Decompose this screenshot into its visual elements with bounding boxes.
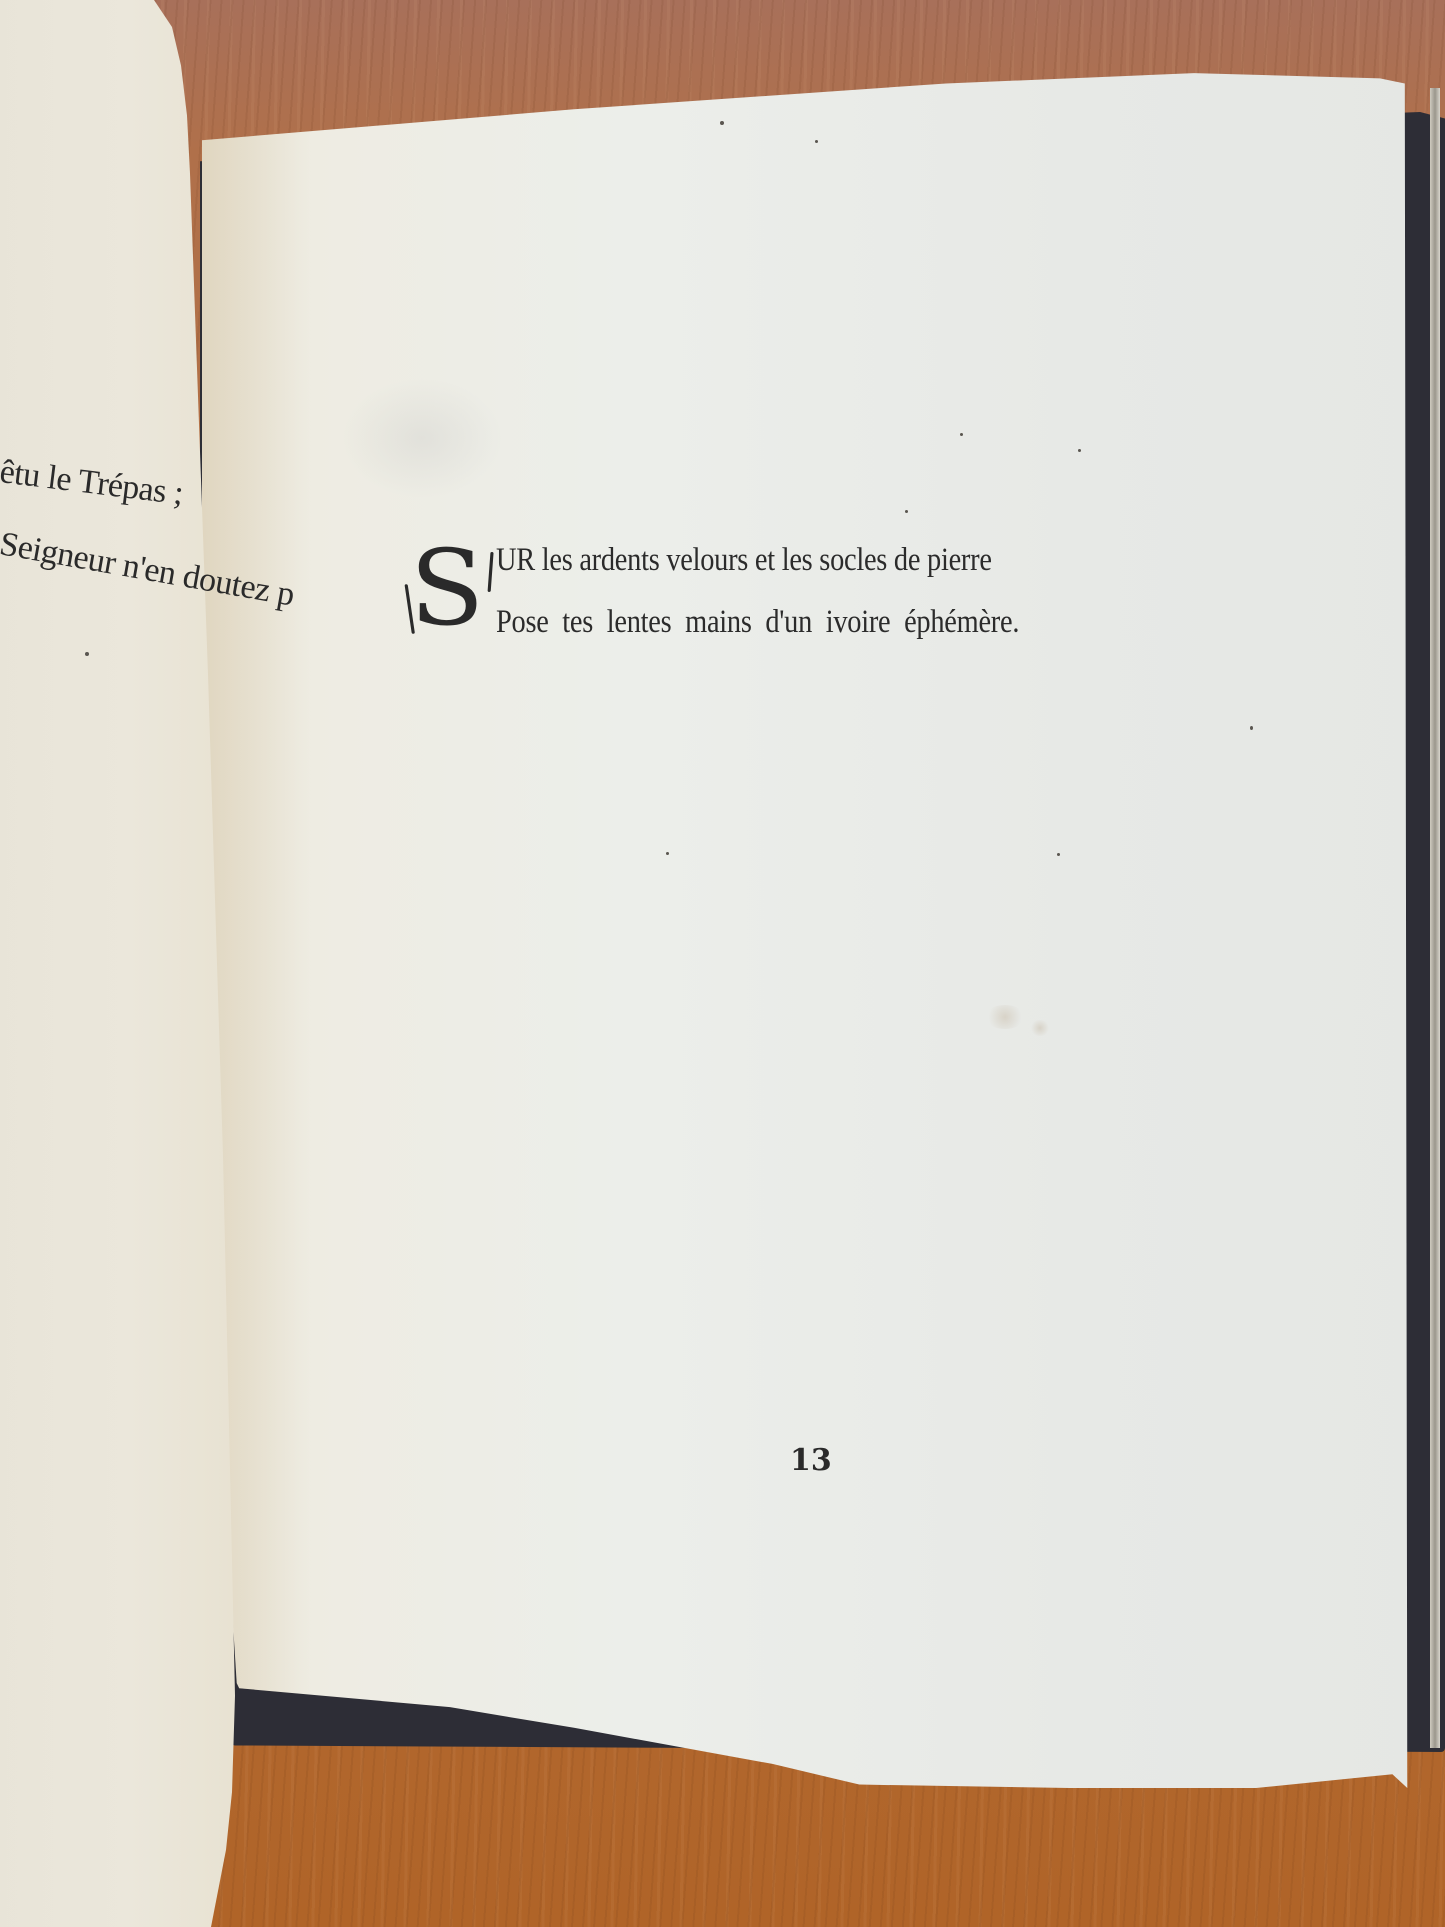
paper-speck	[815, 140, 818, 143]
paper-stain	[1030, 1020, 1050, 1036]
poem-line: UR les ardents velours et les socles de …	[496, 542, 992, 579]
poem-line: Pose tes lentes mains d'un ivoire éphémè…	[496, 604, 1019, 641]
paper-stain	[985, 1005, 1025, 1029]
page-stack-edge	[1430, 88, 1440, 1748]
paper-speck	[720, 121, 724, 125]
page-number: 13	[790, 1443, 832, 1478]
paper-speck	[1057, 853, 1060, 856]
paper-speck	[1078, 449, 1081, 452]
right-page	[202, 68, 1442, 1788]
paper-speck	[960, 433, 963, 436]
paper-speck	[1250, 726, 1253, 730]
paper-speck	[905, 510, 908, 513]
drop-cap: S	[400, 536, 495, 640]
paper-speck	[85, 652, 89, 656]
paper-speck	[666, 852, 669, 855]
